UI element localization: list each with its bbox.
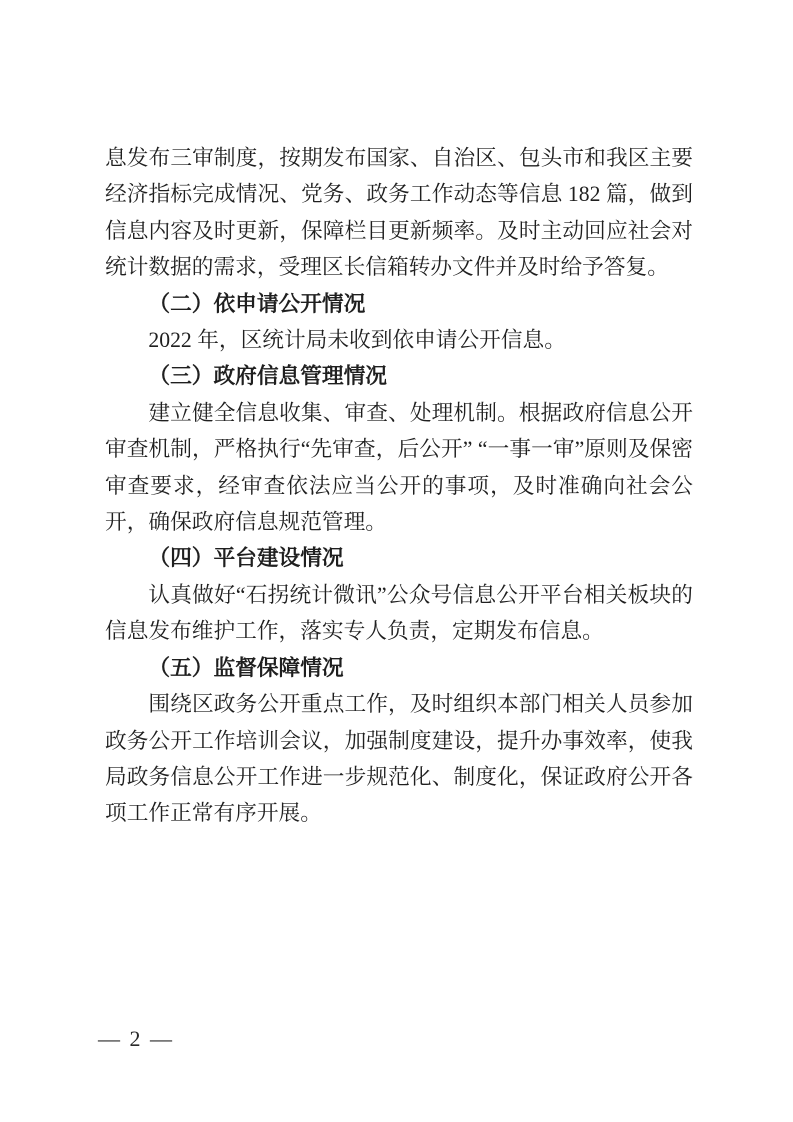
document-page: 息发布三审制度，按期发布国家、自治区、包头市和我区主要经济指标完成情况、党务、政… bbox=[0, 0, 793, 1122]
document-body: 息发布三审制度，按期发布国家、自治区、包头市和我区主要经济指标完成情况、党务、政… bbox=[105, 140, 693, 832]
paragraph-section-2: 2022 年，区统计局未收到依申请公开信息。 bbox=[105, 322, 693, 358]
paragraph-section-3: 建立健全信息收集、审查、处理机制。根据政府信息公开审查机制，严格执行“先审查，后… bbox=[105, 395, 693, 541]
section-heading-2: （二）依申请公开情况 bbox=[105, 286, 693, 322]
page-number: — 2 — bbox=[98, 1026, 174, 1052]
paragraph-continuation: 息发布三审制度，按期发布国家、自治区、包头市和我区主要经济指标完成情况、党务、政… bbox=[105, 140, 693, 286]
section-heading-3: （三）政府信息管理情况 bbox=[105, 358, 693, 394]
paragraph-section-5: 围绕区政务公开重点工作，及时组织本部门相关人员参加政务公开工作培训会议，加强制度… bbox=[105, 686, 693, 832]
section-heading-5: （五）监督保障情况 bbox=[105, 650, 693, 686]
paragraph-section-4: 认真做好“石拐统计微讯”公众号信息公开平台相关板块的信息发布维护工作，落实专人负… bbox=[105, 577, 693, 650]
section-heading-4: （四）平台建设情况 bbox=[105, 540, 693, 576]
